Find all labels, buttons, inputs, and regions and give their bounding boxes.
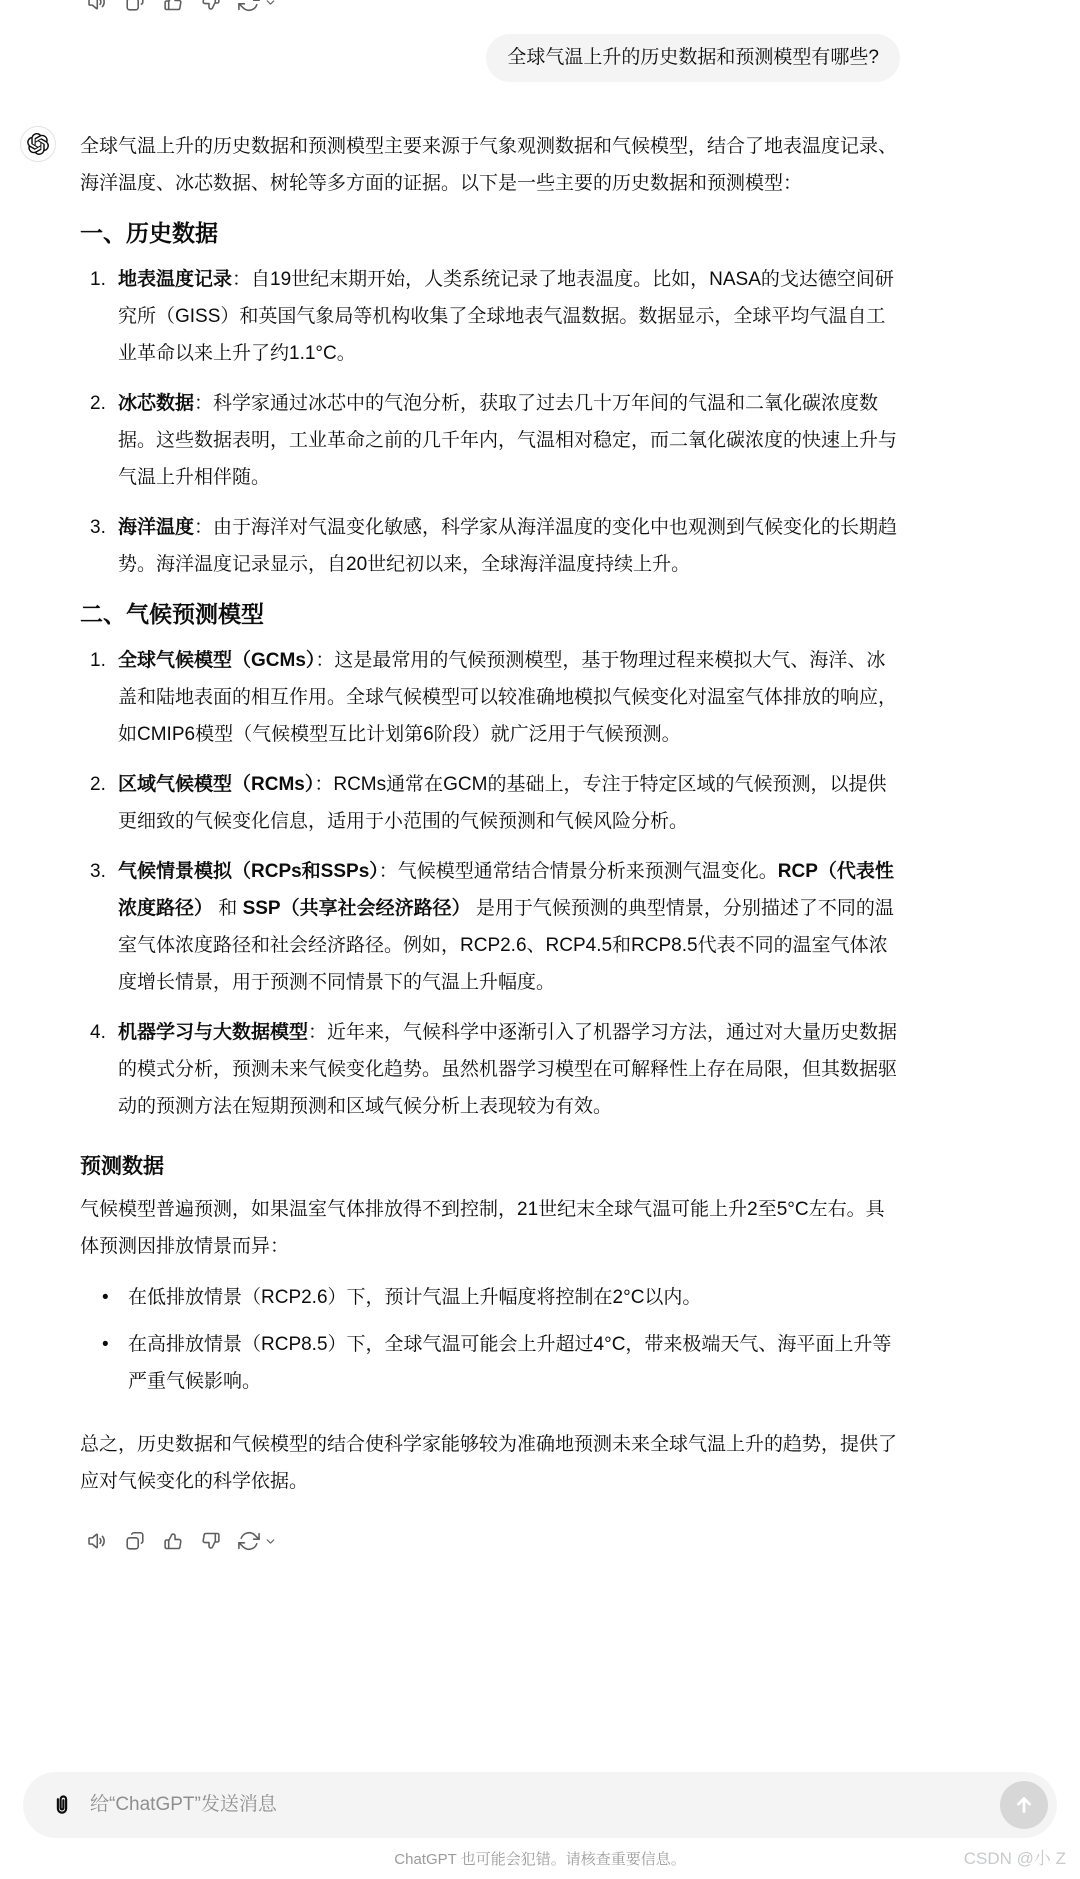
conclusion-paragraph: 总之，历史数据和气候模型的结合使科学家能够较为准确地预测未来全球气温上升的趋势，… <box>80 1426 900 1500</box>
list-marker: 2. <box>80 766 118 840</box>
model-item-3: 3. 气候情景模拟（RCPs和SSPs）：气候模型通常结合情景分析来预测气温变化… <box>80 853 900 1001</box>
section-heading-models: 二、气候预测模型 <box>80 599 900 629</box>
assistant-message-actions <box>86 1530 900 1552</box>
thumbs-down-icon <box>200 0 222 13</box>
send-arrow-icon <box>1011 1792 1037 1818</box>
bullet-text: 在高排放情景（RCP8.5）下，全球气温可能会上升超过4°C，带来极端天气、海平… <box>128 1326 900 1400</box>
assistant-avatar <box>20 126 56 162</box>
thumbs-down-icon <box>200 1530 222 1552</box>
forecast-bullet-1: • 在低排放情景（RCP2.6）下，预计气温上升幅度将控制在2°C以内。 <box>80 1279 900 1316</box>
regenerate-icon <box>238 1530 260 1552</box>
thumbs-up-button[interactable] <box>162 0 184 13</box>
copy-button[interactable] <box>124 0 146 13</box>
forecast-paragraph: 气候模型普遍预测，如果温室气体排放得不到控制，21世纪末全球气温可能上升2至5°… <box>80 1191 900 1265</box>
assistant-message-row: 全球气温上升的历史数据和预测模型主要来源于气象观测数据和气候模型，结合了地表温度… <box>20 126 900 1552</box>
thumbs-down-button[interactable] <box>200 1530 222 1552</box>
list-marker: 3. <box>80 853 118 1001</box>
openai-logo-icon <box>27 133 49 155</box>
forecast-bullet-2: • 在高排放情景（RCP8.5）下，全球气温可能会上升超过4°C，带来极端天气、… <box>80 1326 900 1400</box>
paperclip-icon <box>49 1792 75 1818</box>
item-term: 区域气候模型（RCMs） <box>118 774 314 795</box>
section-heading-forecast: 预测数据 <box>80 1153 900 1181</box>
regenerate-button[interactable] <box>238 0 277 13</box>
previous-message-actions <box>86 0 900 13</box>
item-mid-text: 和 <box>213 898 243 919</box>
chatgpt-page: 全球气温上升的历史数据和预测模型有哪些? 全球气温上升的历史数据和预测模型主要来… <box>0 0 1080 1879</box>
item-text: ：气候模型通常结合情景分析来预测气温变化。 <box>379 861 778 882</box>
item-term: 气候情景模拟（RCPs和SSPs） <box>118 861 379 882</box>
item-term: 全球气候模型（GCMs） <box>118 650 315 671</box>
history-item-3: 3. 海洋温度：由于海洋对气温变化敏感，科学家从海洋温度的变化中也观测到气候变化… <box>80 509 900 583</box>
copy-button[interactable] <box>124 1530 146 1552</box>
attach-file-button[interactable] <box>49 1792 75 1818</box>
conversation-thread: 全球气温上升的历史数据和预测模型有哪些? 全球气温上升的历史数据和预测模型主要来… <box>20 0 900 1552</box>
section-heading-history: 一、历史数据 <box>80 218 900 248</box>
bullet-marker: • <box>80 1326 128 1400</box>
copy-icon <box>124 0 146 13</box>
thumbs-up-icon <box>162 1530 184 1552</box>
composer <box>23 1772 1057 1838</box>
message-input[interactable] <box>90 1794 1000 1816</box>
list-marker: 1. <box>80 261 118 372</box>
user-message-bubble: 全球气温上升的历史数据和预测模型有哪些? <box>486 34 900 82</box>
item-term: 冰芯数据 <box>118 393 194 414</box>
intro-paragraph: 全球气温上升的历史数据和预测模型主要来源于气象观测数据和气候模型，结合了地表温度… <box>80 128 900 202</box>
item-text: ：自19世纪末期开始，人类系统记录了地表温度。比如，NASA的戈达德空间研究所（… <box>118 269 894 364</box>
thumbs-up-button[interactable] <box>162 1530 184 1552</box>
csdn-watermark: CSDN @小 Z <box>964 1844 1066 1869</box>
list-marker: 2. <box>80 385 118 496</box>
bullet-text: 在低排放情景（RCP2.6）下，预计气温上升幅度将控制在2°C以内。 <box>128 1279 900 1316</box>
history-item-1: 1. 地表温度记录：自19世纪末期开始，人类系统记录了地表温度。比如，NASA的… <box>80 261 900 372</box>
item-term: 机器学习与大数据模型 <box>118 1022 308 1043</box>
item-bold-ssp: SSP（共享社会经济路径） <box>243 898 471 919</box>
item-term: 海洋温度 <box>118 517 194 538</box>
regenerate-button[interactable] <box>238 1530 277 1552</box>
assistant-message-content: 全球气温上升的历史数据和预测模型主要来源于气象观测数据和气候模型，结合了地表温度… <box>80 126 900 1552</box>
history-item-2: 2. 冰芯数据：科学家通过冰芯中的气泡分析，获取了过去几十万年间的气温和二氧化碳… <box>80 385 900 496</box>
item-text: ：科学家通过冰芯中的气泡分析，获取了过去几十万年间的气温和二氧化碳浓度数据。这些… <box>118 393 897 488</box>
user-message-row: 全球气温上升的历史数据和预测模型有哪些? <box>20 34 900 82</box>
model-item-2: 2. 区域气候模型（RCMs）：RCMs通常在GCM的基础上，专注于特定区域的气… <box>80 766 900 840</box>
list-marker: 3. <box>80 509 118 583</box>
read-aloud-button[interactable] <box>86 1530 108 1552</box>
bullet-marker: • <box>80 1279 128 1316</box>
regenerate-icon <box>238 0 260 13</box>
read-aloud-icon <box>86 0 108 13</box>
thumbs-up-icon <box>162 0 184 13</box>
item-text: ：由于海洋对气温变化敏感，科学家从海洋温度的变化中也观测到气候变化的长期趋势。海… <box>118 517 897 575</box>
model-item-4: 4. 机器学习与大数据模型：近年来，气候科学中逐渐引入了机器学习方法，通过对大量… <box>80 1014 900 1125</box>
list-marker: 4. <box>80 1014 118 1125</box>
list-marker: 1. <box>80 642 118 753</box>
read-aloud-button[interactable] <box>86 0 108 13</box>
model-item-1: 1. 全球气候模型（GCMs）：这是最常用的气候预测模型，基于物理过程来模拟大气… <box>80 642 900 753</box>
copy-icon <box>124 1530 146 1552</box>
user-message-text: 全球气温上升的历史数据和预测模型有哪些? <box>507 47 879 68</box>
disclaimer-text: ChatGPT 也可能会犯错。请核查重要信息。 <box>0 1848 1080 1869</box>
thumbs-down-button[interactable] <box>200 0 222 13</box>
chevron-down-icon <box>264 1535 277 1548</box>
send-button[interactable] <box>1000 1781 1048 1829</box>
chevron-down-icon <box>264 0 277 9</box>
item-term: 地表温度记录 <box>118 269 232 290</box>
read-aloud-icon <box>86 1530 108 1552</box>
